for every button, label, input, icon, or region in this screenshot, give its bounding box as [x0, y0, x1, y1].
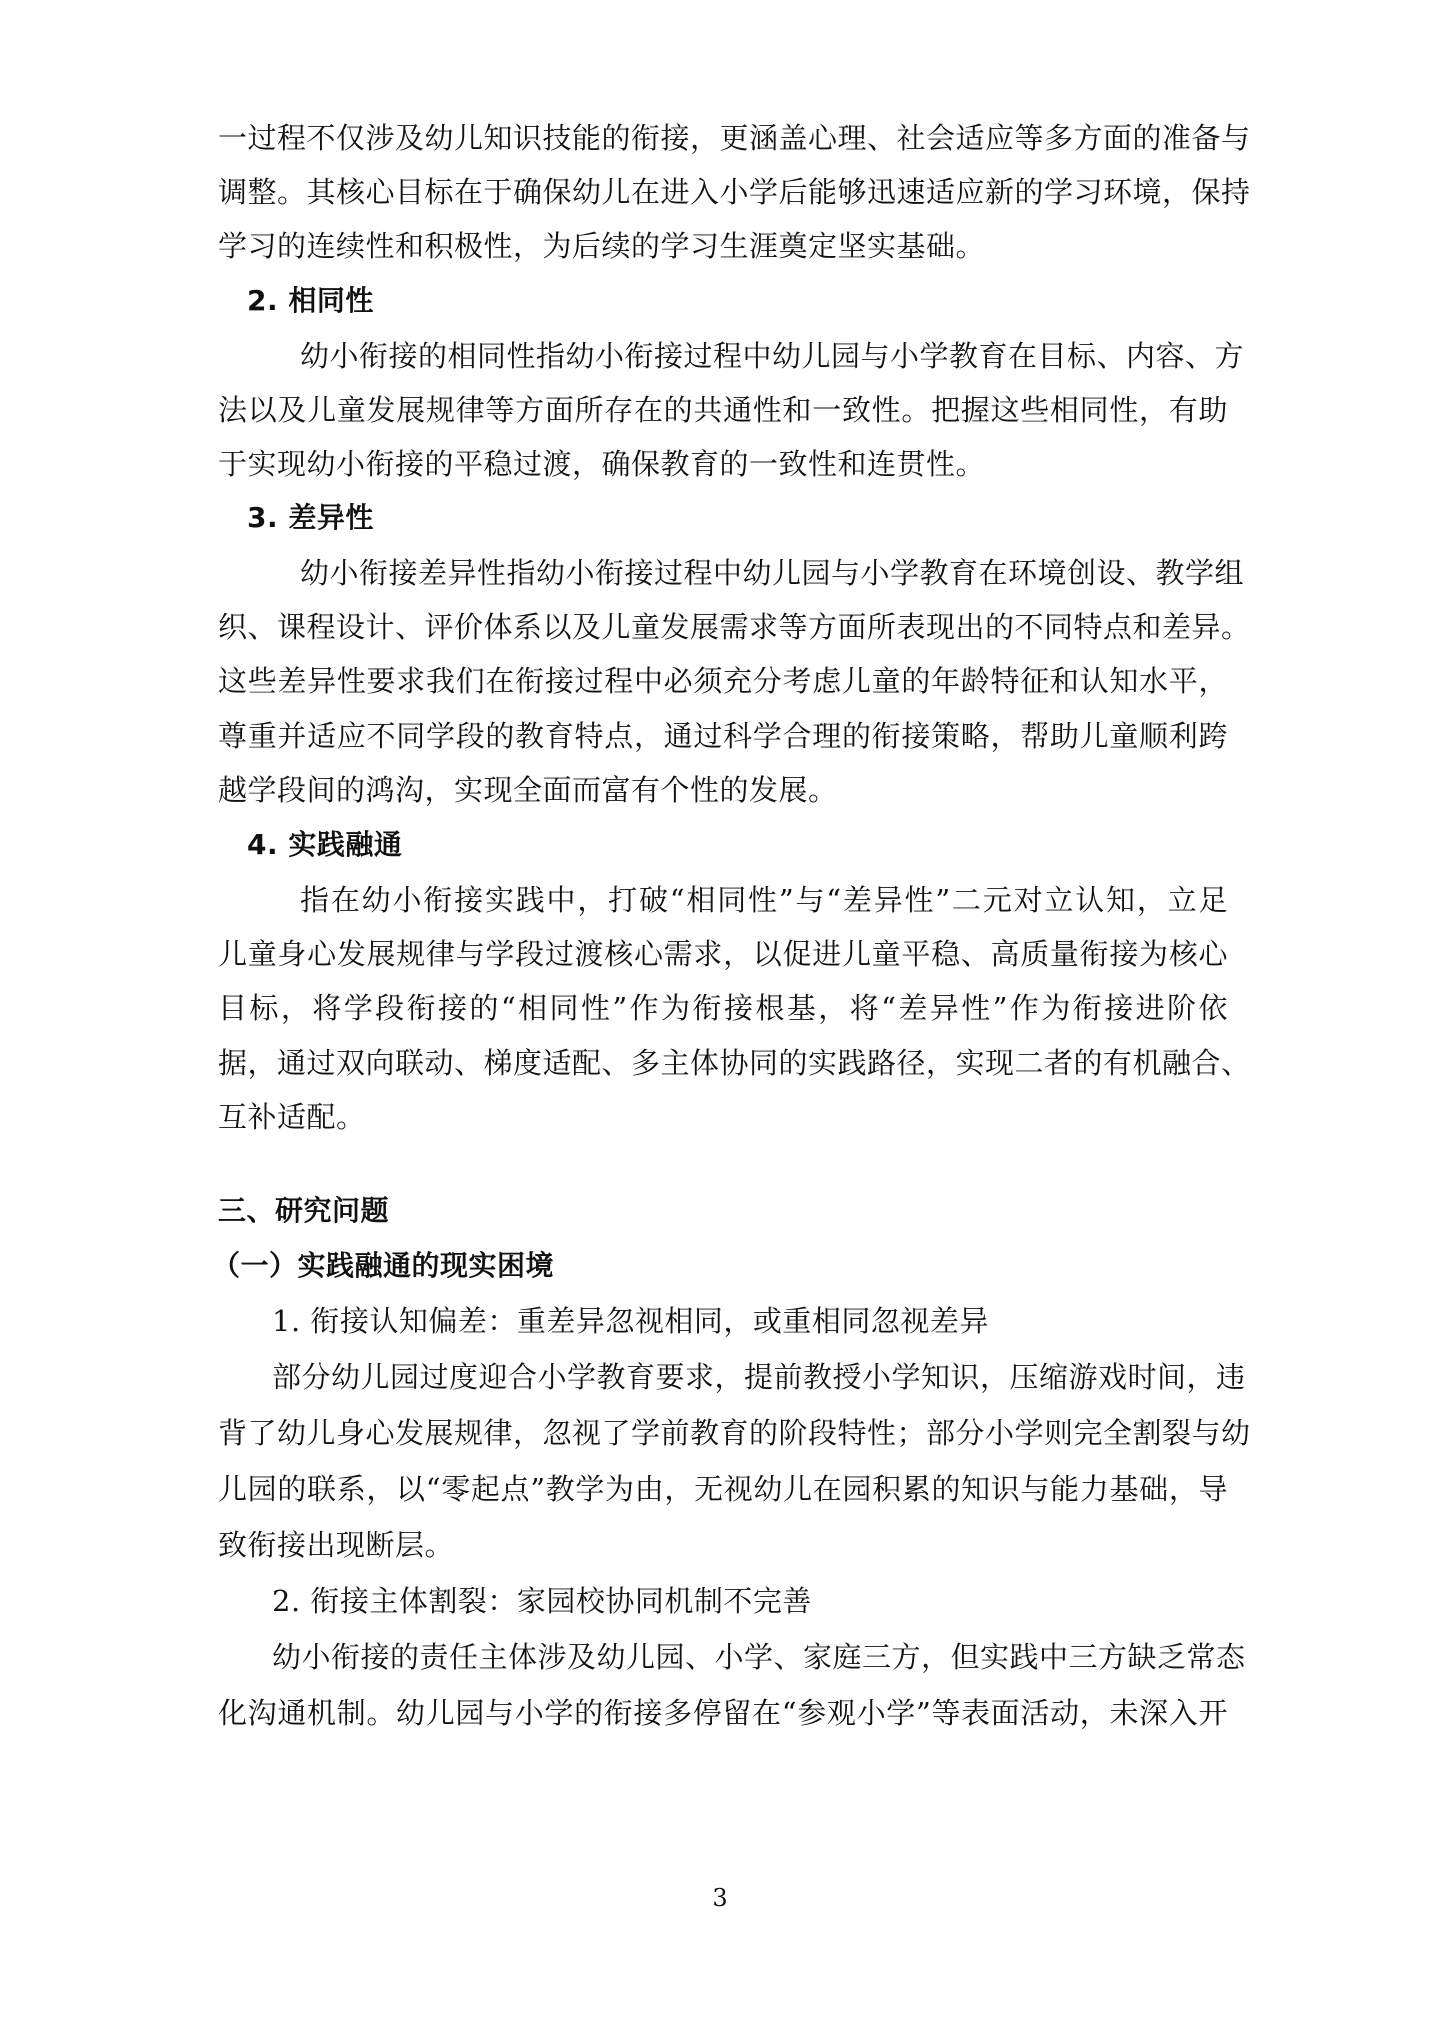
- item-heading-cognitive-bias: 1. 衔接认知偏差：重差异忽视相同，或重相同忽视差异: [272, 1301, 1282, 1341]
- body-text-line: 幼小衔接的责任主体涉及幼儿园、小学、家庭三方，但实践中三方缺乏常态: [272, 1637, 1228, 1677]
- body-text-line: 这些差异性要求我们在衔接过程中必须充分考虑儿童的年龄特征和认知水平，: [218, 661, 1228, 701]
- body-text-line: 致衔接出现断层。: [218, 1525, 1228, 1565]
- body-text-line: 于实现幼小衔接的平稳过渡，确保教育的一致性和连贯性。: [218, 444, 1228, 484]
- body-text-line: 部分幼儿园过度迎合小学教育要求，提前教授小学知识，压缩游戏时间，违: [272, 1357, 1228, 1397]
- section-heading-research-questions: 三、研究问题: [218, 1191, 1228, 1231]
- body-text-line: 幼小衔接差异性指幼小衔接过程中幼儿园与小学教育在环境创设、教学组: [300, 553, 1228, 593]
- heading-practice-integration: 4. 实践融通: [247, 825, 1257, 865]
- subsection-heading-dilemmas: （一）实践融通的现实困境: [212, 1246, 1222, 1286]
- heading-difference: 3. 差异性: [247, 498, 1257, 538]
- body-text-line: 一过程不仅涉及幼儿知识技能的衔接，更涵盖心理、社会适应等多方面的准备与: [218, 118, 1228, 158]
- item-heading-subject-fragmentation: 2. 衔接主体割裂：家园校协同机制不完善: [272, 1581, 1282, 1621]
- body-text-line: 尊重并适应不同学段的教育特点，通过科学合理的衔接策略，帮助儿童顺利跨: [218, 716, 1228, 756]
- body-text-line: 调整。其核心目标在于确保幼儿在进入小学后能够迅速适应新的学习环境，保持: [218, 172, 1228, 212]
- body-text-line: 幼小衔接的相同性指幼小衔接过程中幼儿园与小学教育在目标、内容、方: [300, 336, 1228, 376]
- body-text-line: 法以及儿童发展规律等方面所存在的共通性和一致性。把握这些相同性，有助: [218, 390, 1228, 430]
- body-text-line: 学习的连续性和积极性，为后续的学习生涯奠定坚实基础。: [218, 226, 1228, 266]
- body-text-line: 指在幼小衔接实践中，打破“相同性”与“差异性”二元对立认知，立足: [300, 880, 1228, 920]
- body-text-line: 越学段间的鸿沟，实现全面而富有个性的发展。: [218, 770, 1228, 810]
- body-text-line: 化沟通机制。幼儿园与小学的衔接多停留在“参观小学”等表面活动，未深入开: [218, 1693, 1228, 1733]
- body-text-line: 织、课程设计、评价体系以及儿童发展需求等方面所表现出的不同特点和差异。: [218, 607, 1228, 647]
- document-page: 一过程不仅涉及幼儿知识技能的衔接，更涵盖心理、社会适应等多方面的准备与 调整。其…: [0, 0, 1440, 2036]
- body-text-line: 儿童身心发展规律与学段过渡核心需求，以促进儿童平稳、高质量衔接为核心: [218, 934, 1228, 974]
- body-text-line: 互补适配。: [218, 1097, 1228, 1137]
- heading-similarity: 2. 相同性: [247, 281, 1257, 321]
- body-text-line: 儿园的联系，以“零起点”教学为由，无视幼儿在园积累的知识与能力基础，导: [218, 1469, 1228, 1509]
- body-text-line: 背了幼儿身心发展规律，忽视了学前教育的阶段特性；部分小学则完全割裂与幼: [218, 1413, 1228, 1453]
- body-text-line: 据，通过双向联动、梯度适配、多主体协同的实践路径，实现二者的有机融合、: [218, 1043, 1228, 1083]
- page-number: 3: [0, 1883, 1440, 1913]
- body-text-line: 目标，将学段衔接的“相同性”作为衔接根基，将“差异性”作为衔接进阶依: [218, 988, 1228, 1028]
